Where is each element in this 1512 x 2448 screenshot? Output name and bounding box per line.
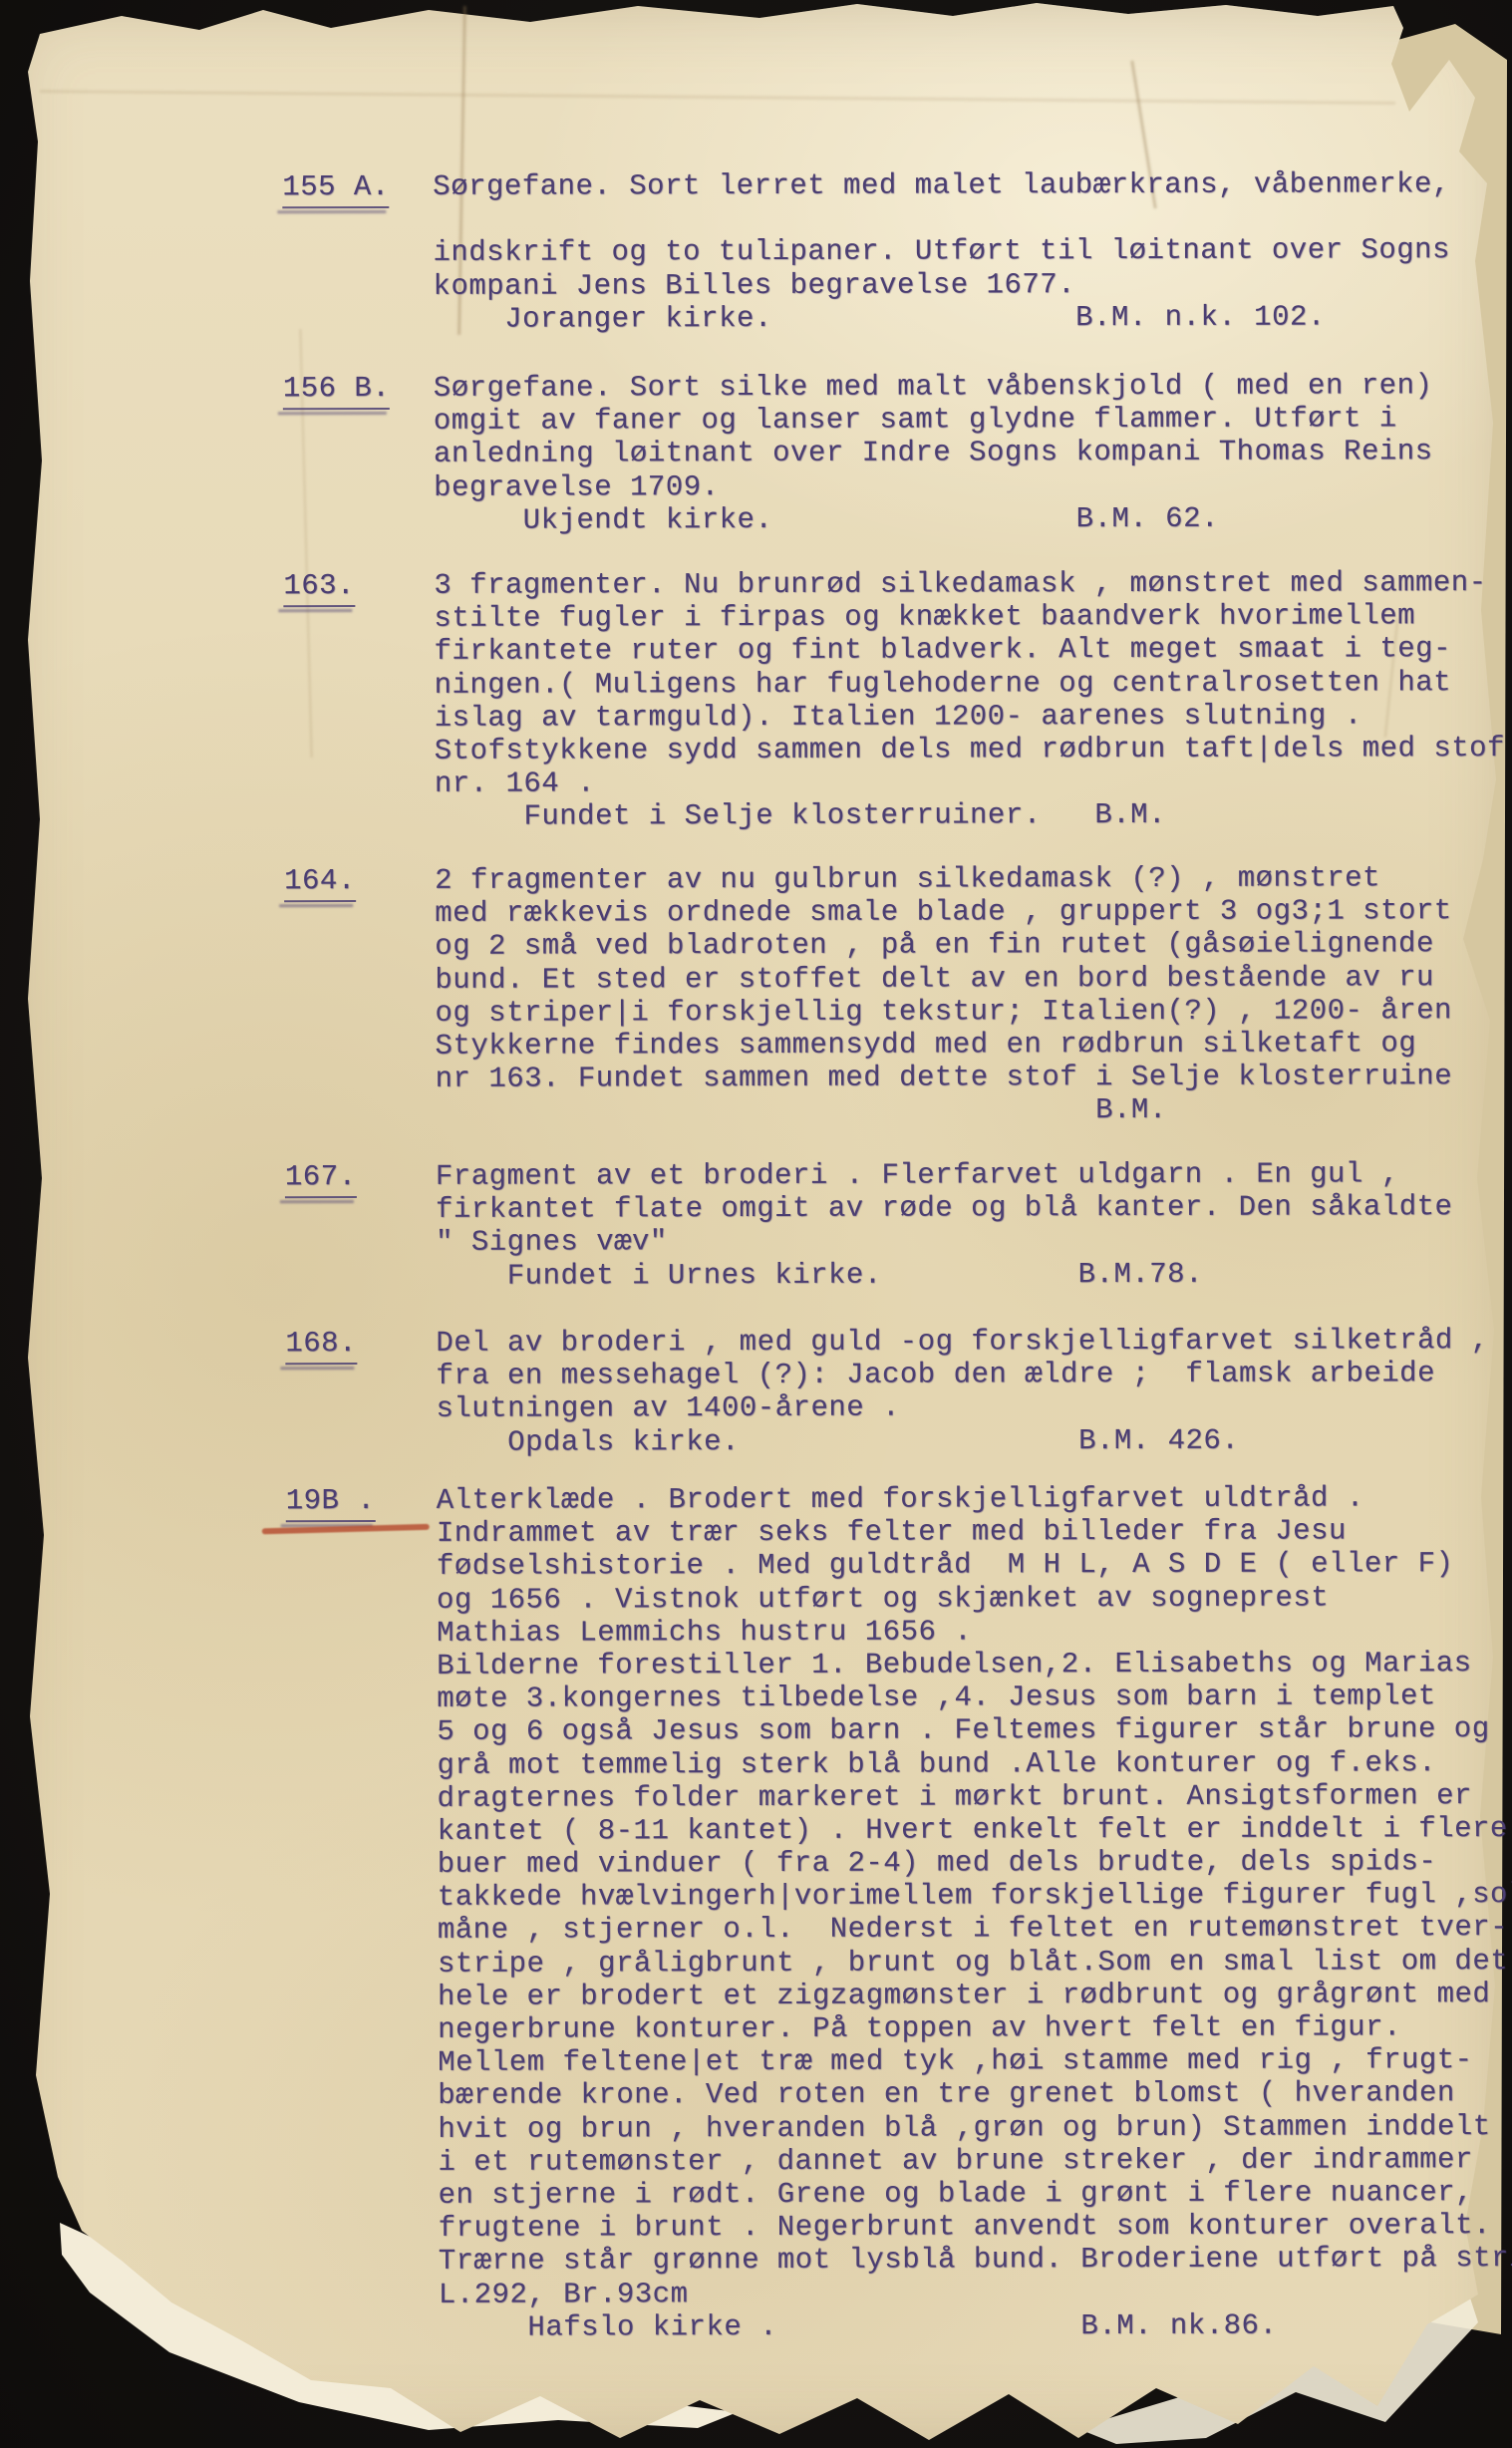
text-line: Fundet i Selje klosterruiner. B.M. [435,797,1505,833]
text-line: hvit og brun , hveranden blå ,grøn og br… [438,2110,1512,2146]
text-line: Hafslo kirke . B.M. nk.86. [439,2308,1512,2344]
entry-155A: 155 A.Sørgefane. Sort lerret med malet l… [0,167,1509,171]
text-layer: 155 A.Sørgefane. Sort lerret med malet l… [0,0,1512,2448]
text-line: stilte fugler i firpas og knækket baandv… [434,599,1504,635]
entry-body: 2 fragmenter av nu gulbrun silkedamask (… [435,861,1452,1128]
text-line: anledning løitnant over Indre Sogns komp… [434,436,1433,471]
entry-number: 163. [283,569,355,607]
text-line: bund. Et sted er stoffet delt av en bord… [435,961,1452,997]
text-line: Mellem feltene|et træ med tyk ,høi stamm… [438,2043,1512,2079]
text-line: fra en messehagel (?): Jacob den ældre ;… [436,1357,1488,1392]
text-line: L.292, Br.93cm [439,2275,1512,2310]
text-line: Stofstykkene sydd sammen dels med rødbru… [435,732,1505,767]
entry-body: Sørgefane. Sort silke med malt våbenskjo… [434,369,1433,537]
entry-number: 168. [285,1327,357,1365]
entry-156B: 156 B.Sørgefane. Sort silke med malt våb… [0,369,1510,373]
entry-168: 168.Del av broderi , med guld -og forskj… [0,1324,1512,1328]
text-line: i et rutemønster , dannet av brune strek… [438,2143,1512,2179]
text-line: Joranger kirke. B.M. n.k. 102. [434,300,1451,336]
entry-number: 167. [285,1160,357,1198]
entry-body: Alterklæde . Brodert med forskjelligfarv… [437,1481,1512,2344]
text-line: firkantete ruter og fint bladverk. Alt m… [434,632,1504,668]
text-line: Fundet i Urnes kirke. B.M.78. [436,1257,1453,1293]
text-line: Stykkerne findes sammensydd med en rødbr… [435,1027,1452,1063]
text-line: firkantet flate omgit av røde og blå kan… [436,1190,1453,1226]
text-line: bærende krone. Ved roten en tre grenet b… [438,2076,1512,2112]
text-line: og striper|i forskjellig tekstur; Italie… [435,994,1452,1030]
entry-164: 164.2 fragmenter av nu gulbrun silkedama… [0,861,1511,865]
text-line: Indrammet av trær seks felter med billed… [437,1514,1512,1550]
text-line: fødselshistorie . Med guldtråd M H L, A … [437,1547,1512,1583]
text-line: negerbrune konturer. På toppen av hvert … [438,2010,1512,2046]
entry-body: Del av broderi , med guld -og forskjelli… [436,1324,1489,1459]
entry-167: 167.Fragment av et broderi . Flerfarvet … [0,1157,1512,1161]
text-line: begravelse 1709. [434,468,1433,504]
text-line: takkede hvælvingerh|vorimellem forskjell… [438,1878,1512,1914]
text-line: ningen.( Muligens har fuglehoderne og ce… [435,666,1505,702]
text-line: Bilderne forestiller 1. Bebudelsen,2. El… [437,1647,1512,1683]
text-line: møte 3.kongernes tilbedelse ,4. Jesus so… [437,1680,1512,1715]
text-line: nr. 164 . [435,765,1505,800]
text-line: islag av tarmguld). Italien 1200- aarene… [435,699,1505,735]
text-line: kompani Jens Billes begravelse 1677. [433,267,1450,303]
text-line: Alterklæde . Brodert med forskjelligfarv… [437,1481,1512,1517]
text-line: " Signes væv" [436,1224,1453,1260]
text-line: Opdals kirke. B.M. 426. [437,1423,1489,1459]
text-line: grå mot temmelig sterk blå bund .Alle ko… [437,1745,1512,1781]
text-line: indskrift og to tulipaner. Utført til lø… [433,234,1450,270]
text-line: dragternes folder markeret i mørkt brunt… [437,1779,1512,1815]
text-line: 3 fragmenter. Nu brunrød silkedamask , m… [434,566,1504,602]
text-line: med rækkevis ordnede smale blade , grupp… [435,894,1452,930]
text-line: buer med vinduer ( fra 2-4) med dels bru… [438,1845,1512,1881]
text-line: 5 og 6 også Jesus som barn . Feltemes fi… [437,1712,1512,1748]
text-line [433,200,1450,236]
entry-number: 156 B. [283,372,391,410]
text-line: stripe , gråligbrunt , brunt og blåt.Som… [438,1945,1512,1981]
text-line: frugtene i brunt . Negerbrunt anvendt so… [439,2209,1512,2245]
text-line: Sørgefane. Sort silke med malt våbenskjo… [434,369,1433,405]
text-line: nr 163. Fundet sammen med dette stof i S… [436,1060,1453,1095]
text-line: Ukjendt kirke. B.M. 62. [434,501,1433,537]
entry-163: 163.3 fragmenter. Nu brunrød silkedamask… [0,566,1510,570]
text-line: Mathias Lemmichs hustru 1656 . [437,1614,1512,1650]
text-line: Del av broderi , med guld -og forskjelli… [436,1324,1488,1360]
entry-body: Fragment av et broderi . Flerfarvet uldg… [436,1157,1453,1292]
entry-body: Sørgefane. Sort lerret med malet laubærk… [433,167,1450,336]
text-line: Sørgefane. Sort lerret med malet laubærk… [433,167,1450,203]
text-line: slutningen av 1400-årene . [436,1389,1488,1425]
scanned-document: { "colors": { "background": "#14110f", "… [0,0,1512,2448]
text-line: B.M. [436,1092,1453,1128]
text-line: Trærne står grønne mot lysblå bund. Brod… [439,2242,1512,2278]
text-line: og 2 små ved bladroten , på en fin rutet… [435,928,1452,964]
text-line: omgit av faner og lanser samt glydne fla… [434,402,1433,438]
text-line: kantet ( 8-11 kantet) . Hvert enkelt fel… [438,1812,1512,1848]
text-line: og 1656 . Vistnok utført og skjænket av … [437,1581,1512,1617]
text-line: en stjerne i rødt. Grene og blade i grøn… [439,2176,1512,2212]
entry-19B: 19B .Alterklæde . Brodert med forskjelli… [1,1481,1512,1485]
text-line: Fragment av et broderi . Flerfarvet uldg… [436,1157,1453,1193]
entry-number: 164. [284,864,356,902]
text-line: hele er brodert et zigzagmønster i rødbr… [438,1978,1512,2013]
text-line: måne , stjerner o.l. Nederst i feltet en… [438,1911,1512,1947]
entry-number: 155 A. [282,170,390,208]
entry-body: 3 fragmenter. Nu brunrød silkedamask , m… [434,566,1505,833]
entry-number: 19B . [286,1484,376,1522]
text-line: 2 fragmenter av nu gulbrun silkedamask (… [435,861,1452,897]
